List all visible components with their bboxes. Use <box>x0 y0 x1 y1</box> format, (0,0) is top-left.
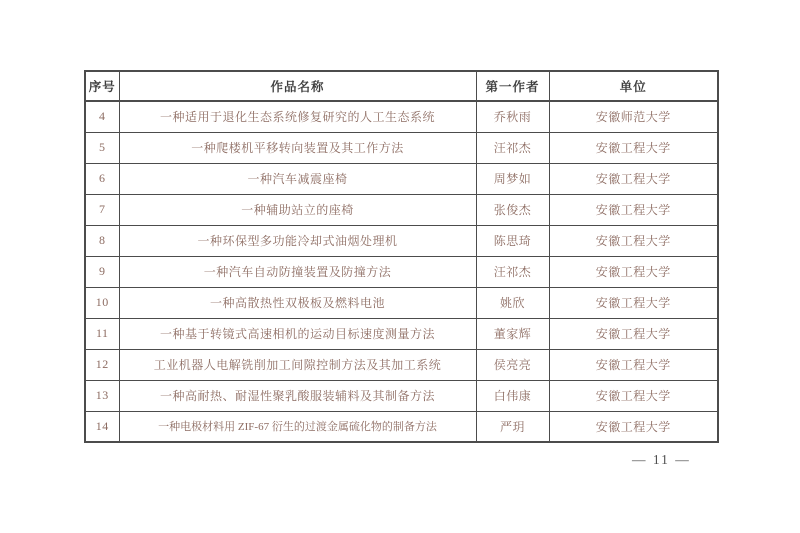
cell-no: 5 <box>85 132 119 163</box>
cell-unit: 安徽工程大学 <box>549 132 718 163</box>
column-header: 序号 <box>85 71 119 101</box>
cell-no: 7 <box>85 194 119 225</box>
column-header: 第一作者 <box>476 71 549 101</box>
cell-unit: 安徽工程大学 <box>549 225 718 256</box>
cell-no: 13 <box>85 380 119 411</box>
column-header: 单位 <box>549 71 718 101</box>
table-head: 序号作品名称第一作者单位 <box>85 71 718 101</box>
cell-title: 一种汽车减震座椅 <box>119 163 476 194</box>
cell-no: 9 <box>85 256 119 287</box>
cell-title: 一种辅助站立的座椅 <box>119 194 476 225</box>
table-row: 5一种爬楼机平移转向装置及其工作方法汪祁杰安徽工程大学 <box>85 132 718 163</box>
cell-unit: 安徽工程大学 <box>549 349 718 380</box>
cell-title: 一种环保型多功能冷却式油烟处理机 <box>119 225 476 256</box>
cell-no: 4 <box>85 101 119 132</box>
cell-author: 周梦如 <box>476 163 549 194</box>
cell-author: 陈思琦 <box>476 225 549 256</box>
cell-no: 8 <box>85 225 119 256</box>
cell-author: 汪祁杰 <box>476 256 549 287</box>
cell-author: 侯亮亮 <box>476 349 549 380</box>
cell-title: 一种适用于退化生态系统修复研究的人工生态系统 <box>119 101 476 132</box>
table-row: 4一种适用于退化生态系统修复研究的人工生态系统乔秋雨安徽师范大学 <box>85 101 718 132</box>
table-row: 10一种高散热性双极板及燃料电池姚欣安徽工程大学 <box>85 287 718 318</box>
cell-unit: 安徽工程大学 <box>549 318 718 349</box>
cell-unit: 安徽工程大学 <box>549 163 718 194</box>
document-page: 序号作品名称第一作者单位 4一种适用于退化生态系统修复研究的人工生态系统乔秋雨安… <box>0 0 800 533</box>
table-body: 4一种适用于退化生态系统修复研究的人工生态系统乔秋雨安徽师范大学5一种爬楼机平移… <box>85 101 718 442</box>
table-row: 14一种电极材料用 ZIF-67 衍生的过渡金属硫化物的制备方法严玥安徽工程大学 <box>85 411 718 442</box>
cell-author: 汪祁杰 <box>476 132 549 163</box>
cell-author: 白伟康 <box>476 380 549 411</box>
cell-title: 一种爬楼机平移转向装置及其工作方法 <box>119 132 476 163</box>
table-row: 6一种汽车减震座椅周梦如安徽工程大学 <box>85 163 718 194</box>
column-header: 作品名称 <box>119 71 476 101</box>
awards-table: 序号作品名称第一作者单位 4一种适用于退化生态系统修复研究的人工生态系统乔秋雨安… <box>84 70 719 443</box>
cell-no: 10 <box>85 287 119 318</box>
table-header-row: 序号作品名称第一作者单位 <box>85 71 718 101</box>
cell-no: 11 <box>85 318 119 349</box>
cell-unit: 安徽师范大学 <box>549 101 718 132</box>
cell-no: 12 <box>85 349 119 380</box>
cell-no: 14 <box>85 411 119 442</box>
cell-no: 6 <box>85 163 119 194</box>
cell-unit: 安徽工程大学 <box>549 287 718 318</box>
table-row: 8一种环保型多功能冷却式油烟处理机陈思琦安徽工程大学 <box>85 225 718 256</box>
cell-title: 一种汽车自动防撞装置及防撞方法 <box>119 256 476 287</box>
cell-author: 张俊杰 <box>476 194 549 225</box>
cell-title: 一种高耐热、耐湿性聚乳酸服装辅料及其制备方法 <box>119 380 476 411</box>
table-row: 11一种基于转镜式高速相机的运动目标速度测量方法董家辉安徽工程大学 <box>85 318 718 349</box>
cell-unit: 安徽工程大学 <box>549 256 718 287</box>
cell-author: 严玥 <box>476 411 549 442</box>
table-row: 12工业机器人电解铣削加工间隙控制方法及其加工系统侯亮亮安徽工程大学 <box>85 349 718 380</box>
cell-title: 一种基于转镜式高速相机的运动目标速度测量方法 <box>119 318 476 349</box>
table-row: 9一种汽车自动防撞装置及防撞方法汪祁杰安徽工程大学 <box>85 256 718 287</box>
cell-author: 乔秋雨 <box>476 101 549 132</box>
page-number: — 11 — <box>632 452 691 468</box>
table-row: 7一种辅助站立的座椅张俊杰安徽工程大学 <box>85 194 718 225</box>
cell-title: 一种电极材料用 ZIF-67 衍生的过渡金属硫化物的制备方法 <box>119 411 476 442</box>
cell-author: 姚欣 <box>476 287 549 318</box>
table-row: 13一种高耐热、耐湿性聚乳酸服装辅料及其制备方法白伟康安徽工程大学 <box>85 380 718 411</box>
cell-title: 一种高散热性双极板及燃料电池 <box>119 287 476 318</box>
cell-author: 董家辉 <box>476 318 549 349</box>
cell-title: 工业机器人电解铣削加工间隙控制方法及其加工系统 <box>119 349 476 380</box>
cell-unit: 安徽工程大学 <box>549 411 718 442</box>
cell-unit: 安徽工程大学 <box>549 380 718 411</box>
cell-unit: 安徽工程大学 <box>549 194 718 225</box>
